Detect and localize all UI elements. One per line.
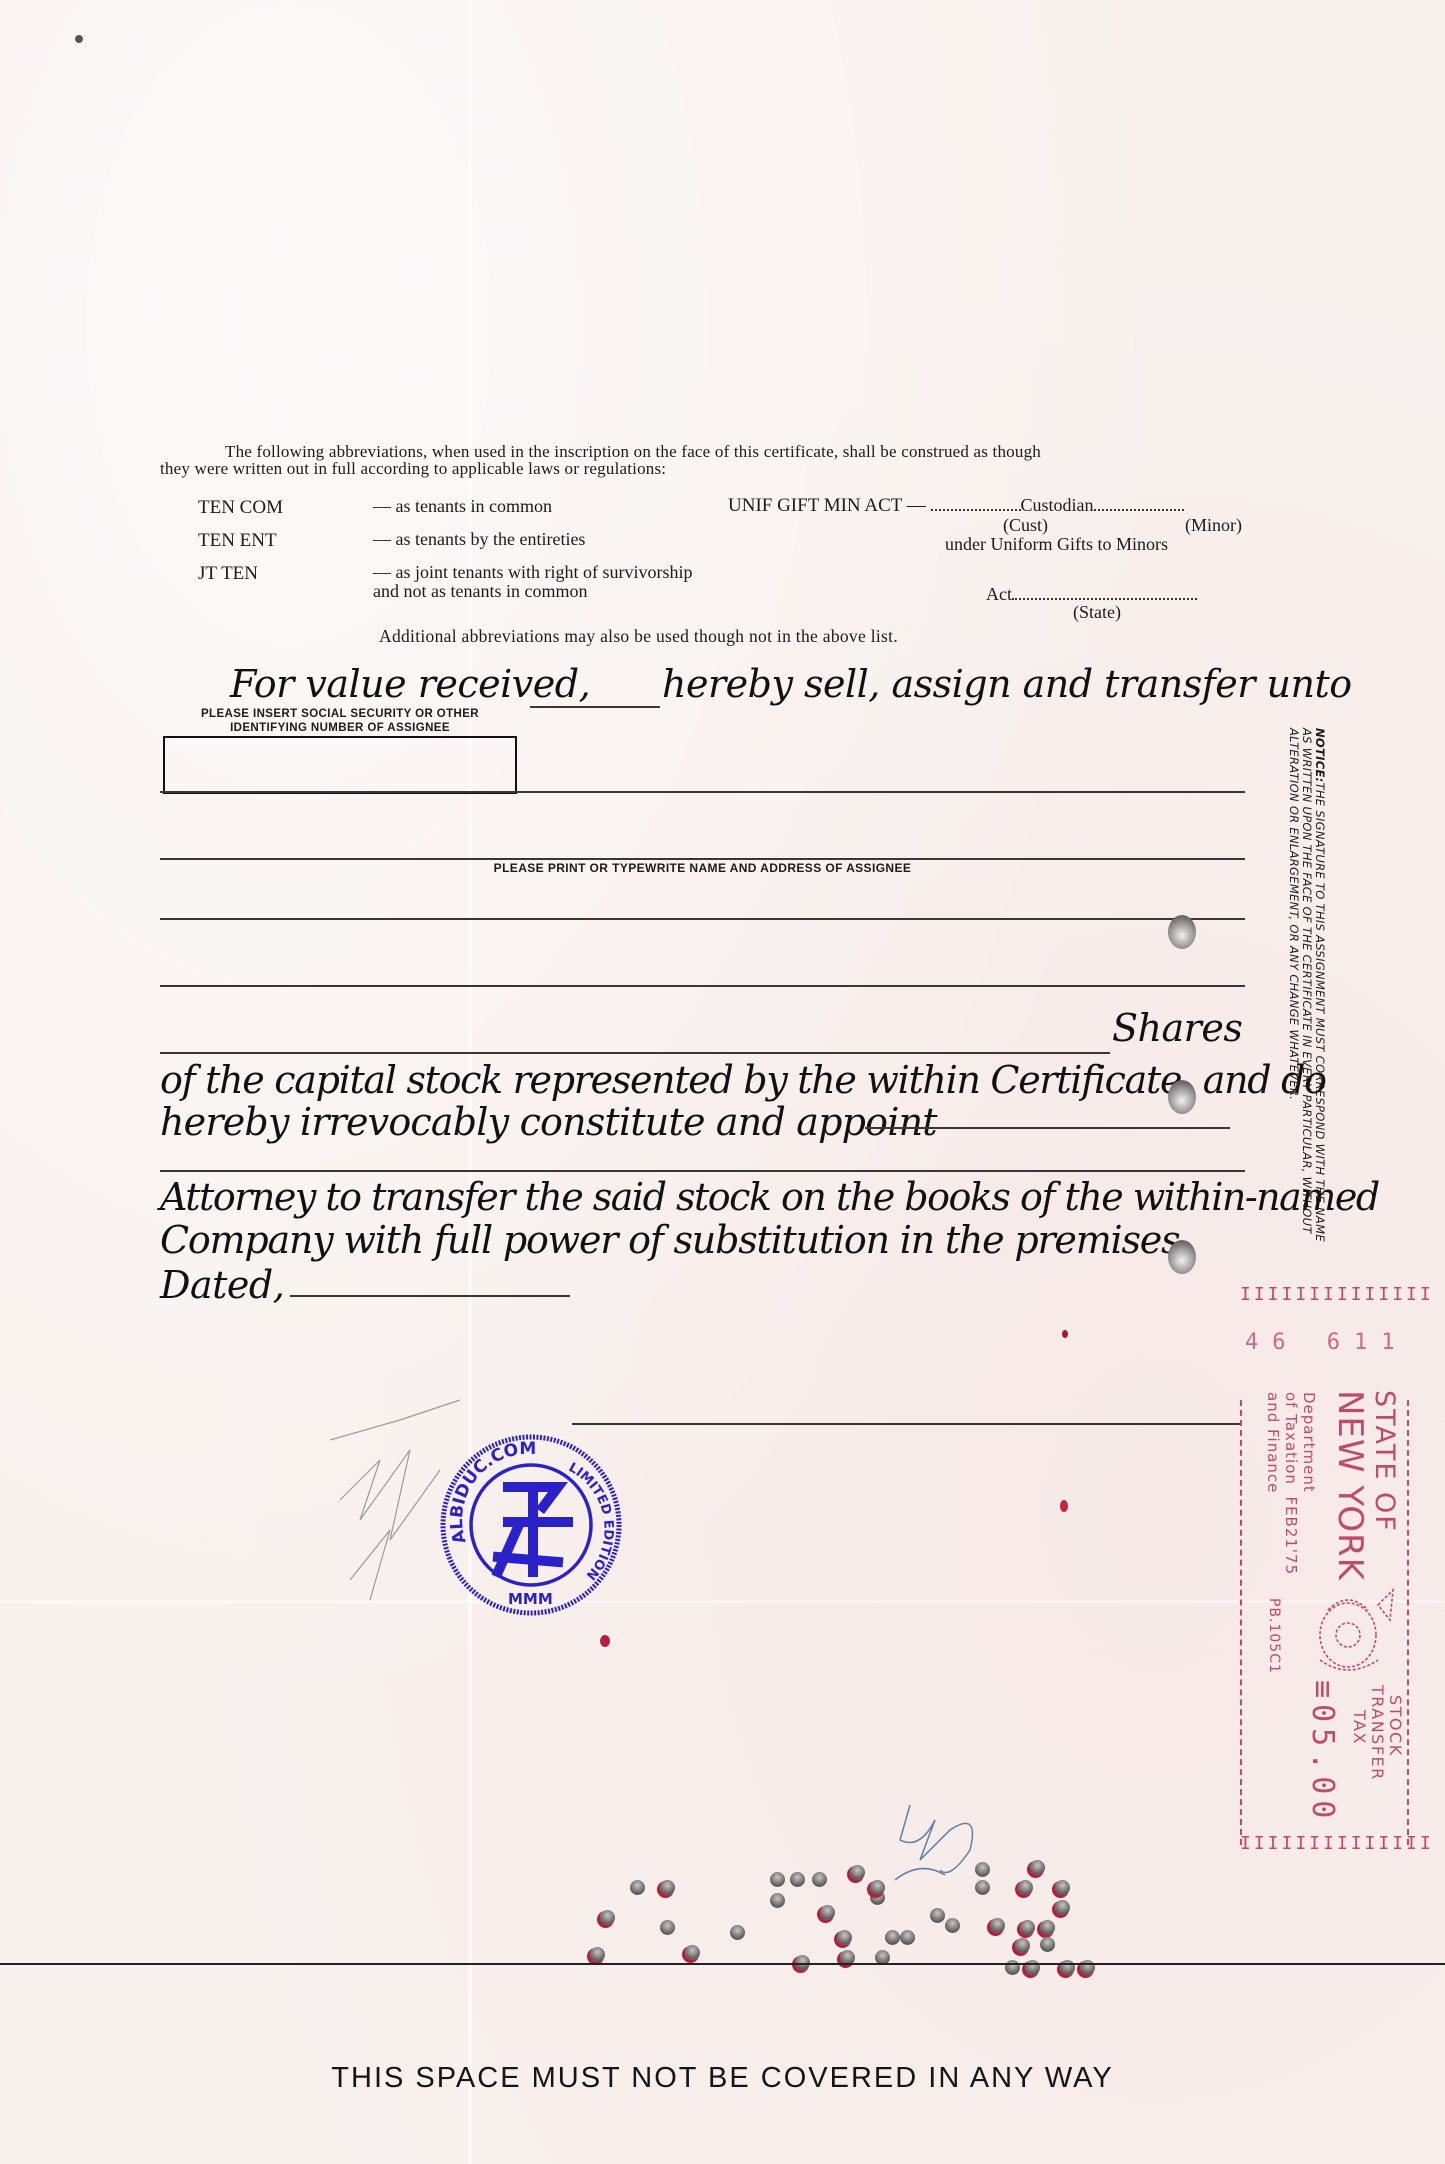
intro-line-2: they were written out in full according …: [160, 460, 1310, 477]
stamp-department: Department: [1300, 1392, 1318, 1493]
perforation-hole: [790, 1872, 805, 1887]
stamp-finance: and Finance: [1264, 1392, 1282, 1493]
stamp-new-york: NEW YORK: [1330, 1390, 1370, 1581]
assignor-blank[interactable]: [530, 706, 660, 708]
perforation-hole: [1030, 1860, 1045, 1875]
additional-abbreviations-note: Additional abbreviations may also be use…: [379, 626, 898, 647]
stamp-taxation-text: of Taxation: [1282, 1392, 1300, 1485]
stamp-tax: TAX: [1350, 1710, 1369, 1745]
perforation-hole: [837, 1930, 852, 1945]
for-value-received: For value received,: [230, 662, 590, 706]
ugma-line: UNIF GIFT MIN ACT — Custodian: [728, 495, 1184, 517]
perforation-hole: [770, 1872, 785, 1887]
ink-speck: [600, 1635, 610, 1647]
abbr-key: TEN COM: [198, 497, 283, 519]
minor-field[interactable]: [1094, 497, 1184, 511]
dated-label: Dated,: [160, 1263, 284, 1307]
shares-label: Shares: [1112, 1006, 1242, 1050]
cust-caption: (Cust): [1003, 515, 1048, 536]
ugma-under-text: under Uniform Gifts to Minors: [945, 534, 1168, 555]
stamp-stock: STOCK: [1386, 1695, 1405, 1757]
abbreviations-intro: The following abbreviations, when used i…: [160, 443, 1310, 477]
state-caption: (State): [1073, 602, 1121, 623]
perforation-hole: [1055, 1880, 1070, 1895]
ny-stock-transfer-tax-stamp: IIIIIIIIIIIIII 46 611 STATE OF NEW YORK …: [1240, 1280, 1410, 1855]
ssn-label-line-2: IDENTIFYING NUMBER OF ASSIGNEE: [160, 721, 520, 735]
perforation-hole: [812, 1872, 827, 1887]
perforation-hole: [850, 1865, 865, 1880]
ink-speck: [75, 35, 83, 43]
perforation-hole: [1055, 1900, 1070, 1915]
paper-fold-horizontal: [0, 1600, 1445, 1603]
perforation-hole: [975, 1862, 990, 1877]
ink-speck: [1060, 1500, 1068, 1512]
notice-heading: NOTICE:: [1313, 728, 1327, 783]
punch-hole: [1168, 1240, 1196, 1274]
signature-line[interactable]: [572, 1423, 1242, 1425]
pencil-scribble-icon: [320, 1380, 560, 1630]
ny-coat-of-arms-icon: [1308, 1580, 1398, 1690]
abbr-key: TEN ENT: [198, 530, 277, 552]
perforation-hole: [770, 1893, 785, 1908]
stamp-meter: PB.105C1: [1266, 1598, 1282, 1674]
punch-hole: [1168, 915, 1196, 949]
stamp-bars-top: IIIIIIIIIIIIII: [1240, 1284, 1405, 1304]
perforation-hole: [660, 1880, 675, 1895]
attorney-line[interactable]: [160, 1170, 1245, 1172]
perforation-hole: [1015, 1938, 1030, 1953]
do-not-cover-notice: THIS SPACE MUST NOT BE COVERED IN ANY WA…: [0, 2062, 1445, 2095]
perforation-hole: [600, 1910, 615, 1925]
notice-line-3: ALTERATION OR ENLARGEMENT, OR ANY CHANGE…: [1287, 728, 1300, 1338]
perforation-hole: [730, 1925, 745, 1940]
stamp-transfer: TRANSFER: [1368, 1685, 1387, 1781]
stamp-amount: ≡05.00: [1305, 1680, 1340, 1824]
date-blank[interactable]: [290, 1295, 570, 1297]
capital-stock-line: of the capital stock represented by the …: [160, 1058, 1326, 1102]
ssn-label: PLEASE INSERT SOCIAL SECURITY OR OTHER I…: [160, 707, 520, 735]
perforation-hole: [1040, 1937, 1055, 1952]
perforation-hole: [870, 1880, 885, 1895]
perforation-hole: [660, 1920, 675, 1935]
custodian-label: Custodian: [1021, 495, 1094, 515]
perforation-hole: [1020, 1920, 1035, 1935]
notice-line-2: AS WRITTEN UPON THE FACE OF THE CERTIFIC…: [1300, 728, 1313, 1338]
shares-blank[interactable]: [160, 1052, 1110, 1054]
perforation-hole: [1040, 1920, 1055, 1935]
stamp-date: FEB21'75: [1282, 1496, 1300, 1575]
custodian-field[interactable]: [931, 497, 1021, 511]
act-label: Act: [986, 584, 1012, 604]
minor-caption: (Minor): [1185, 515, 1242, 536]
bottom-rule: [0, 1963, 1445, 1965]
intro-line-1: The following abbreviations, when used i…: [160, 443, 1310, 460]
state-field[interactable]: [1012, 586, 1197, 600]
stamp-state-of: STATE OF: [1369, 1390, 1400, 1533]
signature-notice: NOTICE:THE SIGNATURE TO THIS ASSIGNMENT …: [1287, 728, 1326, 1338]
perforation-hole: [590, 1947, 605, 1962]
assignee-line-4[interactable]: [160, 985, 1245, 987]
assignee-line-2[interactable]: [160, 858, 1245, 860]
perforation-hole: [900, 1930, 915, 1945]
assignee-line-1[interactable]: [160, 791, 1245, 793]
perforation-hole: [945, 1918, 960, 1933]
ugma-label: UNIF GIFT MIN ACT —: [728, 495, 926, 516]
ink-speck: [1062, 1330, 1068, 1338]
assignee-line-3[interactable]: [160, 918, 1245, 920]
hereby-sell-text: hereby sell, assign and transfer unto: [662, 662, 1352, 706]
perforation-hole: [1018, 1880, 1033, 1895]
ssn-input-box[interactable]: [163, 736, 517, 794]
abbr-meaning: — as tenants by the entireties: [373, 530, 703, 549]
stamp-bars-bottom: IIIIIIIIIIIIII: [1240, 1833, 1405, 1853]
abbr-meaning: — as joint tenants with right of survivo…: [373, 563, 693, 601]
perforation-hole: [685, 1945, 700, 1960]
notice-line-1: THE SIGNATURE TO THIS ASSIGNMENT MUST CO…: [1313, 783, 1327, 1242]
attorney-blank[interactable]: [865, 1127, 1230, 1129]
attorney-transfer-line: Attorney to transfer the said stock on t…: [160, 1175, 1379, 1219]
perforation-hole: [630, 1880, 645, 1895]
punch-hole: [1168, 1080, 1196, 1114]
hereby-appoint-line: hereby irrevocably constitute and appoin…: [160, 1100, 937, 1144]
print-name-label: PLEASE PRINT OR TYPEWRITE NAME AND ADDRE…: [160, 861, 1245, 875]
abbr-key: JT TEN: [198, 563, 258, 585]
company-substitution-line: Company with full power of substitution …: [160, 1218, 1190, 1262]
ssn-label-line-1: PLEASE INSERT SOCIAL SECURITY OR OTHER: [160, 707, 520, 721]
perforation-hole: [990, 1918, 1005, 1933]
perforation-hole: [885, 1930, 900, 1945]
perforation-hole: [975, 1880, 990, 1895]
abbr-meaning: — as tenants in common: [373, 497, 703, 516]
stamp-taxation: of Taxation FEB21'75: [1282, 1392, 1300, 1575]
perforation-hole: [820, 1905, 835, 1920]
stamp-serial: 46 611: [1245, 1330, 1408, 1355]
perforation-hole: [930, 1908, 945, 1923]
